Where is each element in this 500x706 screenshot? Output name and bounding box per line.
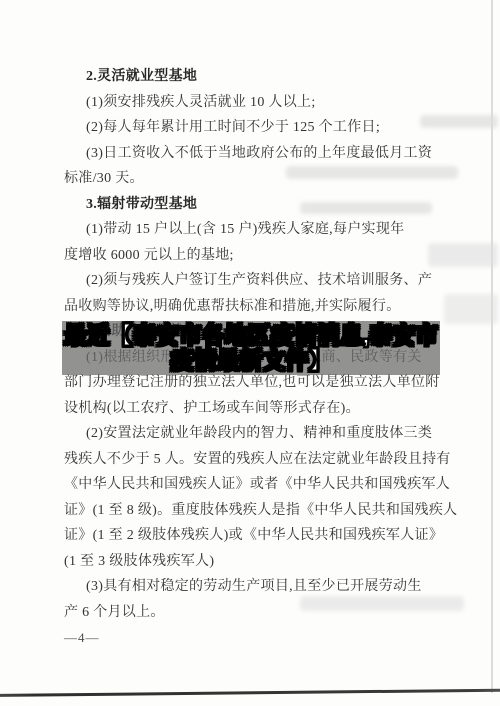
page-number: —4— <box>64 630 100 646</box>
overlay-banner: 最近【泰安市各地区疫情消息,泰安市 疫情最新文件】 <box>62 321 440 375</box>
doc-line: 品收购等协议,明确优惠帮扶标准和措施,并实际履行。 <box>64 294 444 320</box>
section-heading-2: 2.灵活就业型基地 <box>64 64 444 90</box>
bleed-through-smudge <box>444 294 498 324</box>
doc-line: (2)须与残疾人户签订生产资料供应、技术培训服务、产 <box>64 268 444 294</box>
doc-line: 残疾人不少于 5 人。安置的残疾人应在法定就业年龄段且持有 <box>64 447 444 473</box>
doc-line: (2)每人每年累计用工时间不少于 125 个工作日; <box>64 115 444 141</box>
scanned-document-page: 2.灵活就业型基地 (1)须安排残疾人灵活就业 10 人以上; (2)每人每年累… <box>0 0 500 706</box>
scan-right-edge-line <box>491 0 493 693</box>
doc-line: 证》(1 至 8 级)。重度肢体残疾人是指《中华人民共和国残疾人 <box>64 498 444 524</box>
doc-line: (1)须安排残疾人灵活就业 10 人以上; <box>64 90 444 116</box>
doc-line: 证》(1 至 2 级肢体残疾人)或《中华人民共和国残疾军人证》 <box>64 523 444 549</box>
overlay-title-line2: 疫情最新文件】 <box>171 348 332 373</box>
bleed-through-smudge <box>300 596 464 611</box>
doc-line: 度增收 6000 元以上的基地; <box>64 243 444 269</box>
doc-line: 设机构(以工农疗、护工场或车间等形式存在)。 <box>64 396 444 422</box>
bleed-through-smudge <box>286 166 458 179</box>
overlay-title-line1: 最近【泰安市各地区疫情消息,泰安市 <box>64 323 438 348</box>
bleed-through-smudge <box>428 243 498 267</box>
doc-line: (1 至 3 级肢体残疾军人) <box>64 549 444 575</box>
bleed-through-smudge <box>300 202 432 214</box>
doc-line: 《中华人民共和国残疾人证》或者《中华人民共和国残疾军人 <box>64 472 444 498</box>
doc-line: (1)带动 15 户以上(含 15 户)残疾人家庭,每户实现年 <box>64 217 444 243</box>
scan-bottom-edge <box>0 689 500 697</box>
doc-line: (3)日工资收入不低于当地政府公布的上年度最低月工资 <box>64 141 444 167</box>
doc-line: (2)安置法定就业年龄段内的智力、精神和重度肢体三类 <box>64 421 444 447</box>
bleed-through-smudge <box>420 115 498 128</box>
